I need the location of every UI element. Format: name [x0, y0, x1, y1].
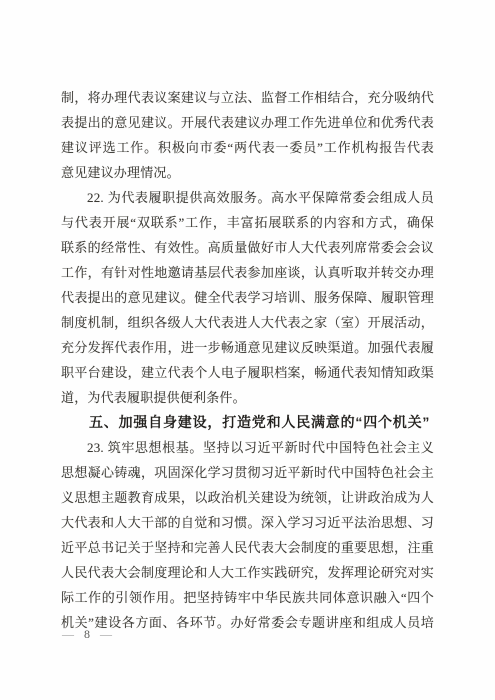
text-line: 充分发挥代表作用，进一步畅通意见建议反映渠道。加强代表履 — [61, 335, 434, 360]
footer-dash-right: — — [100, 627, 112, 641]
text-line: 联系的经常性、有效性。高质量做好市人大代表列席常委会会议 — [61, 235, 434, 260]
text-line: 近平总书记关于坚持和完善人民代表大会制度的重要思想，注重 — [61, 535, 434, 560]
text-line: 际工作的引领作用。把坚持铸牢中华民族共同体意识融入“四个 — [61, 585, 434, 610]
text-line: 22. 为代表履职提供高效服务。高水平保障常委会组成人员 — [61, 185, 434, 210]
text-line: 思想凝心铸魂，巩固深化学习贯彻习近平新时代中国特色社会主 — [61, 460, 434, 485]
text-line: 制，将办理代表议案建议与立法、监督工作相结合，充分吸纳代 — [61, 85, 434, 110]
text-line: 意见建议办理情况。 — [61, 160, 434, 185]
footer-dash-left: — — [62, 627, 74, 641]
text-line: 表提出的意见建议。开展代表建议办理工作先进单位和优秀代表 — [61, 110, 434, 135]
text-line: 义思想主题教育成果，以政治机关建设为统领，让讲政治成为人 — [61, 485, 434, 510]
page-footer: — 8 — — [62, 627, 112, 641]
text-line: 建议评选工作。积极向市委“两代表一委员”工作机构报告代表 — [61, 135, 434, 160]
text-line: 与代表开展“双联系”工作，丰富拓展联系的内容和方式，确保 — [61, 210, 434, 235]
text-line: 大代表和人大干部的自觉和习惯。深入学习习近平法治思想、习 — [61, 510, 434, 535]
text-line: 代表提出的意见建议。健全代表学习培训、服务保障、履职管理 — [61, 285, 434, 310]
text-line: 人民代表大会制度理论和人大工作实践研究，发挥理论研究对实 — [61, 560, 434, 585]
page-body: 制，将办理代表议案建议与立法、监督工作相结合，充分吸纳代表提出的意见建议。开展代… — [61, 85, 434, 635]
text-line: 工作，有针对性地邀请基层代表参加座谈，认真听取并转交办理 — [61, 260, 434, 285]
text-line: 职平台建设，建立代表个人电子履职档案，畅通代表知情知政渠 — [61, 360, 434, 385]
text-line: 制度机制，组织各级人大代表进人大代表之家（室）开展活动， — [61, 310, 434, 335]
text-line: 道，为代表履职提供便利条件。 — [61, 385, 434, 410]
text-line: 五、加强自身建设，打造党和人民满意的“四个机关” — [61, 410, 434, 435]
text-line: 23. 筑牢思想根基。坚持以习近平新时代中国特色社会主义 — [61, 435, 434, 460]
text-line: 机关”建设各方面、各环节。办好常委会专题讲座和组成人员培 — [61, 610, 434, 635]
page-number: 8 — [84, 627, 90, 641]
document-page: 制，将办理代表议案建议与立法、监督工作相结合，充分吸纳代表提出的意见建议。开展代… — [0, 0, 495, 700]
